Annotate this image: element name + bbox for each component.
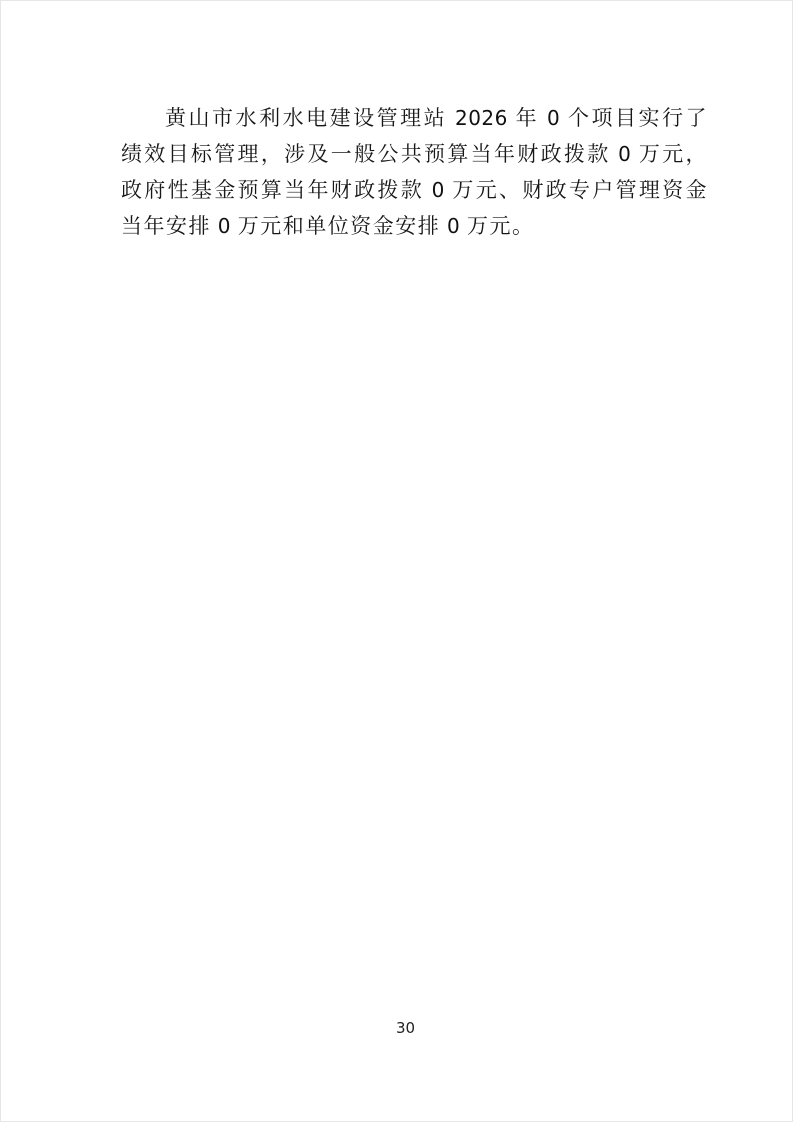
paragraph-text: 年 <box>508 106 547 130</box>
paragraph-text: 万元和单位资金安排 <box>231 214 447 238</box>
document-page: 黄山市水利水电建设管理站 2026 年 0 个项目实行了绩效目标管理，涉及一般公… <box>0 0 793 1122</box>
page-number: 30 <box>396 1019 415 1037</box>
page-footer: 30 <box>1 1019 792 1038</box>
budget-performance-paragraph: 黄山市水利水电建设管理站 2026 年 0 个项目实行了绩效目标管理，涉及一般公… <box>121 100 708 244</box>
special-account-amount: 0 <box>218 214 231 238</box>
paragraph-text: 万元。 <box>460 214 534 238</box>
paragraph-text: 黄山市水利水电建设管理站 <box>165 106 455 130</box>
unit-fund-amount: 0 <box>447 214 460 238</box>
year-value: 2026 <box>455 106 508 130</box>
general-budget-amount: 0 <box>618 142 631 166</box>
project-count-value: 0 <box>547 106 560 130</box>
gov-fund-amount: 0 <box>432 178 445 202</box>
